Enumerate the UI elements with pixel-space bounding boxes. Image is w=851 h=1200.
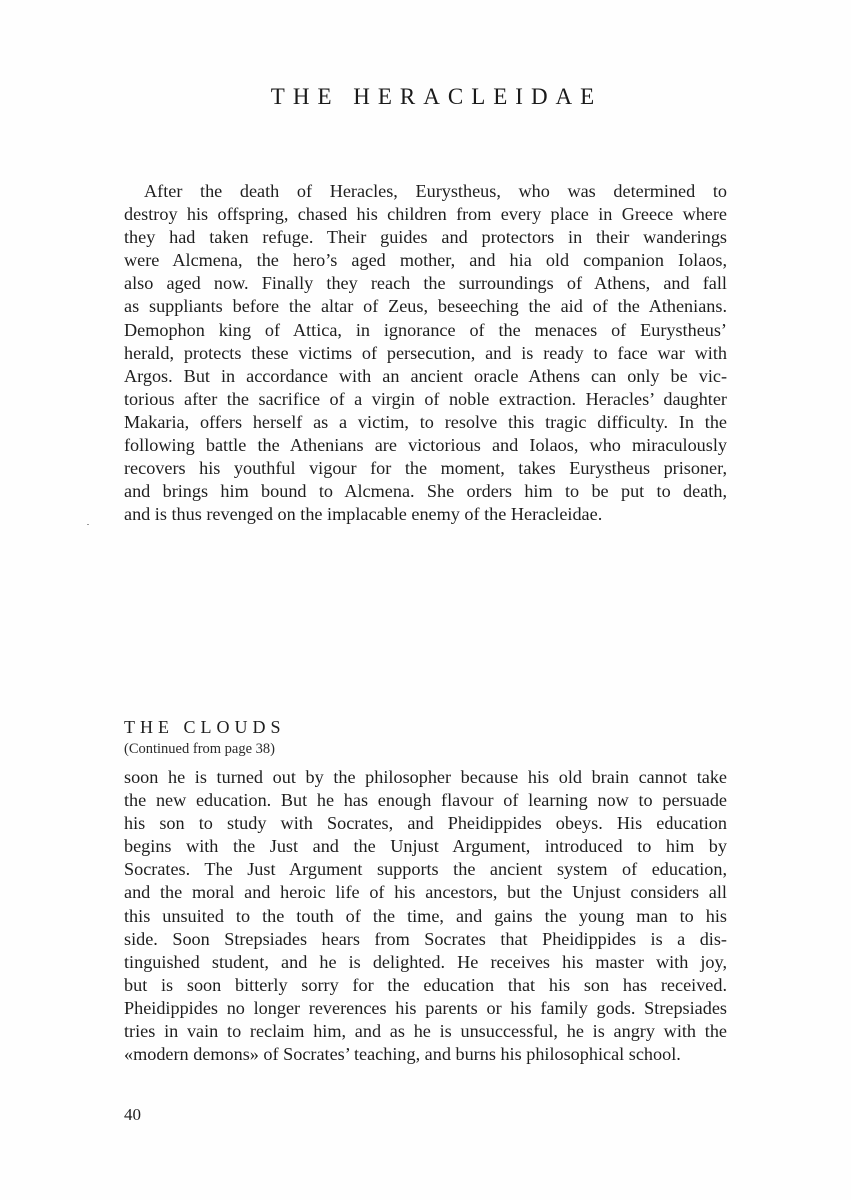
section-title-clouds: THE CLOUDS xyxy=(124,717,286,738)
scan-speck xyxy=(87,524,89,525)
text-line: begins with the Just and the Unjust Argu… xyxy=(124,835,727,858)
heracleidae-summary: After the death of Heracles, Eurystheus,… xyxy=(124,180,727,526)
clouds-summary: soon he is turned out by the philosopher… xyxy=(124,766,727,1066)
text-line: and is thus revenged on the implacable e… xyxy=(124,503,727,526)
text-line: and brings him bound to Alcmena. She ord… xyxy=(124,480,727,503)
text-line: and the moral and heroic life of his anc… xyxy=(124,881,727,904)
text-line: Makaria, offers herself as a victim, to … xyxy=(124,411,727,434)
text-line: as suppliants before the altar of Zeus, … xyxy=(124,295,727,318)
text-line: recovers his youthful vigour for the mom… xyxy=(124,457,727,480)
text-line: also aged now. Finally they reach the su… xyxy=(124,272,727,295)
text-line: were Alcmena, the hero’s aged mother, an… xyxy=(124,249,727,272)
text-line: tinguished student, and he is delighted.… xyxy=(124,951,727,974)
text-line: side. Soon Strepsiades hears from Socrat… xyxy=(124,928,727,951)
page-title: THE HERACLEIDAE xyxy=(0,84,851,110)
text-line: his son to study with Socrates, and Phei… xyxy=(124,812,727,835)
page-number: 40 xyxy=(124,1105,141,1125)
document-page: THE HERACLEIDAE After the death of Herac… xyxy=(0,0,851,1200)
text-line: destroy his offspring, chased his childr… xyxy=(124,203,727,226)
text-line: Demophon king of Attica, in ignorance of… xyxy=(124,319,727,342)
text-line: Socrates. The Just Argument supports the… xyxy=(124,858,727,881)
text-line: following battle the Athenians are victo… xyxy=(124,434,727,457)
text-line: soon he is turned out by the philosopher… xyxy=(124,766,727,789)
continued-note: (Continued from page 38) xyxy=(124,741,275,758)
text-line: «modern demons» of Socrates’ teaching, a… xyxy=(124,1043,727,1066)
text-line: the new education. But he has enough fla… xyxy=(124,789,727,812)
text-line: this unsuited to the touth of the time, … xyxy=(124,905,727,928)
text-line: they had taken refuge. Their guides and … xyxy=(124,226,727,249)
text-line: herald, protects these victims of persec… xyxy=(124,342,727,365)
text-line: Pheidippides no longer reverences his pa… xyxy=(124,997,727,1020)
text-line: Argos. But in accordance with an ancient… xyxy=(124,365,727,388)
text-line: but is soon bitterly sorry for the educa… xyxy=(124,974,727,997)
text-line: tries in vain to reclaim him, and as he … xyxy=(124,1020,727,1043)
text-line: torious after the sacrifice of a virgin … xyxy=(124,388,727,411)
text-line: After the death of Heracles, Eurystheus,… xyxy=(124,180,727,203)
